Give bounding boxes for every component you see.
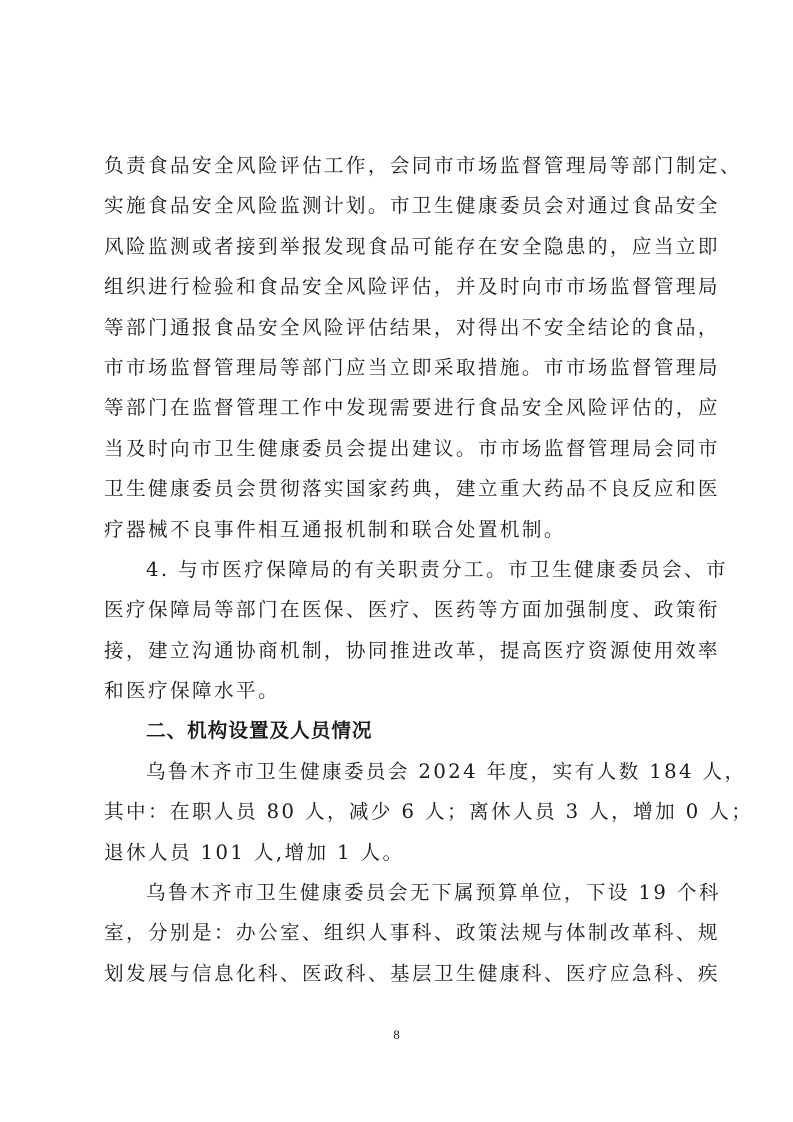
text-line: 乌鲁木齐市卫生健康委员会无下属预算单位，下设 19 个科 bbox=[104, 873, 700, 913]
document-page: 负责食品安全风险评估工作，会同市市场监督管理局等部门制定、 实施食品安全风险监测… bbox=[0, 0, 793, 1122]
text-line: 医疗保障局等部门在医保、医疗、医药等方面加强制度、政策衔 bbox=[104, 590, 700, 630]
page-number: 8 bbox=[0, 1027, 793, 1043]
text-line: 组织进行检验和食品安全风险评估，并及时向市市场监督管理局 bbox=[104, 267, 700, 307]
paragraph-departments: 乌鲁木齐市卫生健康委员会无下属预算单位，下设 19 个科 室，分别是：办公室、组… bbox=[104, 873, 700, 994]
text-line: 和医疗保障水平。 bbox=[104, 671, 700, 711]
text-line: 等部门在监督管理工作中发现需要进行食品安全风险评估的，应 bbox=[104, 388, 700, 428]
text-line: 4. 与市医疗保障局的有关职责分工。市卫生健康委员会、市 bbox=[104, 550, 700, 590]
text-line: 其中：在职人员 80 人，减少 6 人；离休人员 3 人，增加 0 人； bbox=[104, 792, 700, 832]
text-line: 当及时向市卫生健康委员会提出建议。市市场监督管理局会同市 bbox=[104, 429, 700, 469]
body-text: 负责食品安全风险评估工作，会同市市场监督管理局等部门制定、 实施食品安全风险监测… bbox=[104, 146, 700, 994]
text-line: 接，建立沟通协商机制，协同推进改革，提高医疗资源使用效率 bbox=[104, 631, 700, 671]
text-line: 风险监测或者接到举报发现食品可能存在安全隐患的，应当立即 bbox=[104, 227, 700, 267]
text-line: 实施食品安全风险监测计划。市卫生健康委员会对通过食品安全 bbox=[104, 186, 700, 226]
paragraph-staffing: 乌鲁木齐市卫生健康委员会 2024 年度，实有人数 184 人， 其中：在职人员… bbox=[104, 752, 700, 873]
text-line: 负责食品安全风险评估工作，会同市市场监督管理局等部门制定、 bbox=[104, 146, 700, 186]
paragraph-medical-security: 4. 与市医疗保障局的有关职责分工。市卫生健康委员会、市 医疗保障局等部门在医保… bbox=[104, 550, 700, 712]
section-heading: 二、机构设置及人员情况 bbox=[104, 711, 700, 751]
text-line: 卫生健康委员会贯彻落实国家药典，建立重大药品不良反应和医 bbox=[104, 469, 700, 509]
text-line: 室，分别是：办公室、组织人事科、政策法规与体制改革科、规 bbox=[104, 913, 700, 953]
text-line: 乌鲁木齐市卫生健康委员会 2024 年度，实有人数 184 人， bbox=[104, 752, 700, 792]
paragraph-food-safety: 负责食品安全风险评估工作，会同市市场监督管理局等部门制定、 实施食品安全风险监测… bbox=[104, 146, 700, 550]
text-line: 市市场监督管理局等部门应当立即采取措施。市市场监督管理局 bbox=[104, 348, 700, 388]
text-line: 划发展与信息化科、医政科、基层卫生健康科、医疗应急科、疾 bbox=[104, 954, 700, 994]
text-line: 等部门通报食品安全风险评估结果，对得出不安全结论的食品， bbox=[104, 308, 700, 348]
text-line: 疗器械不良事件相互通报机制和联合处置机制。 bbox=[104, 510, 700, 550]
text-line: 退休人员 101 人,增加 1 人。 bbox=[104, 833, 700, 873]
